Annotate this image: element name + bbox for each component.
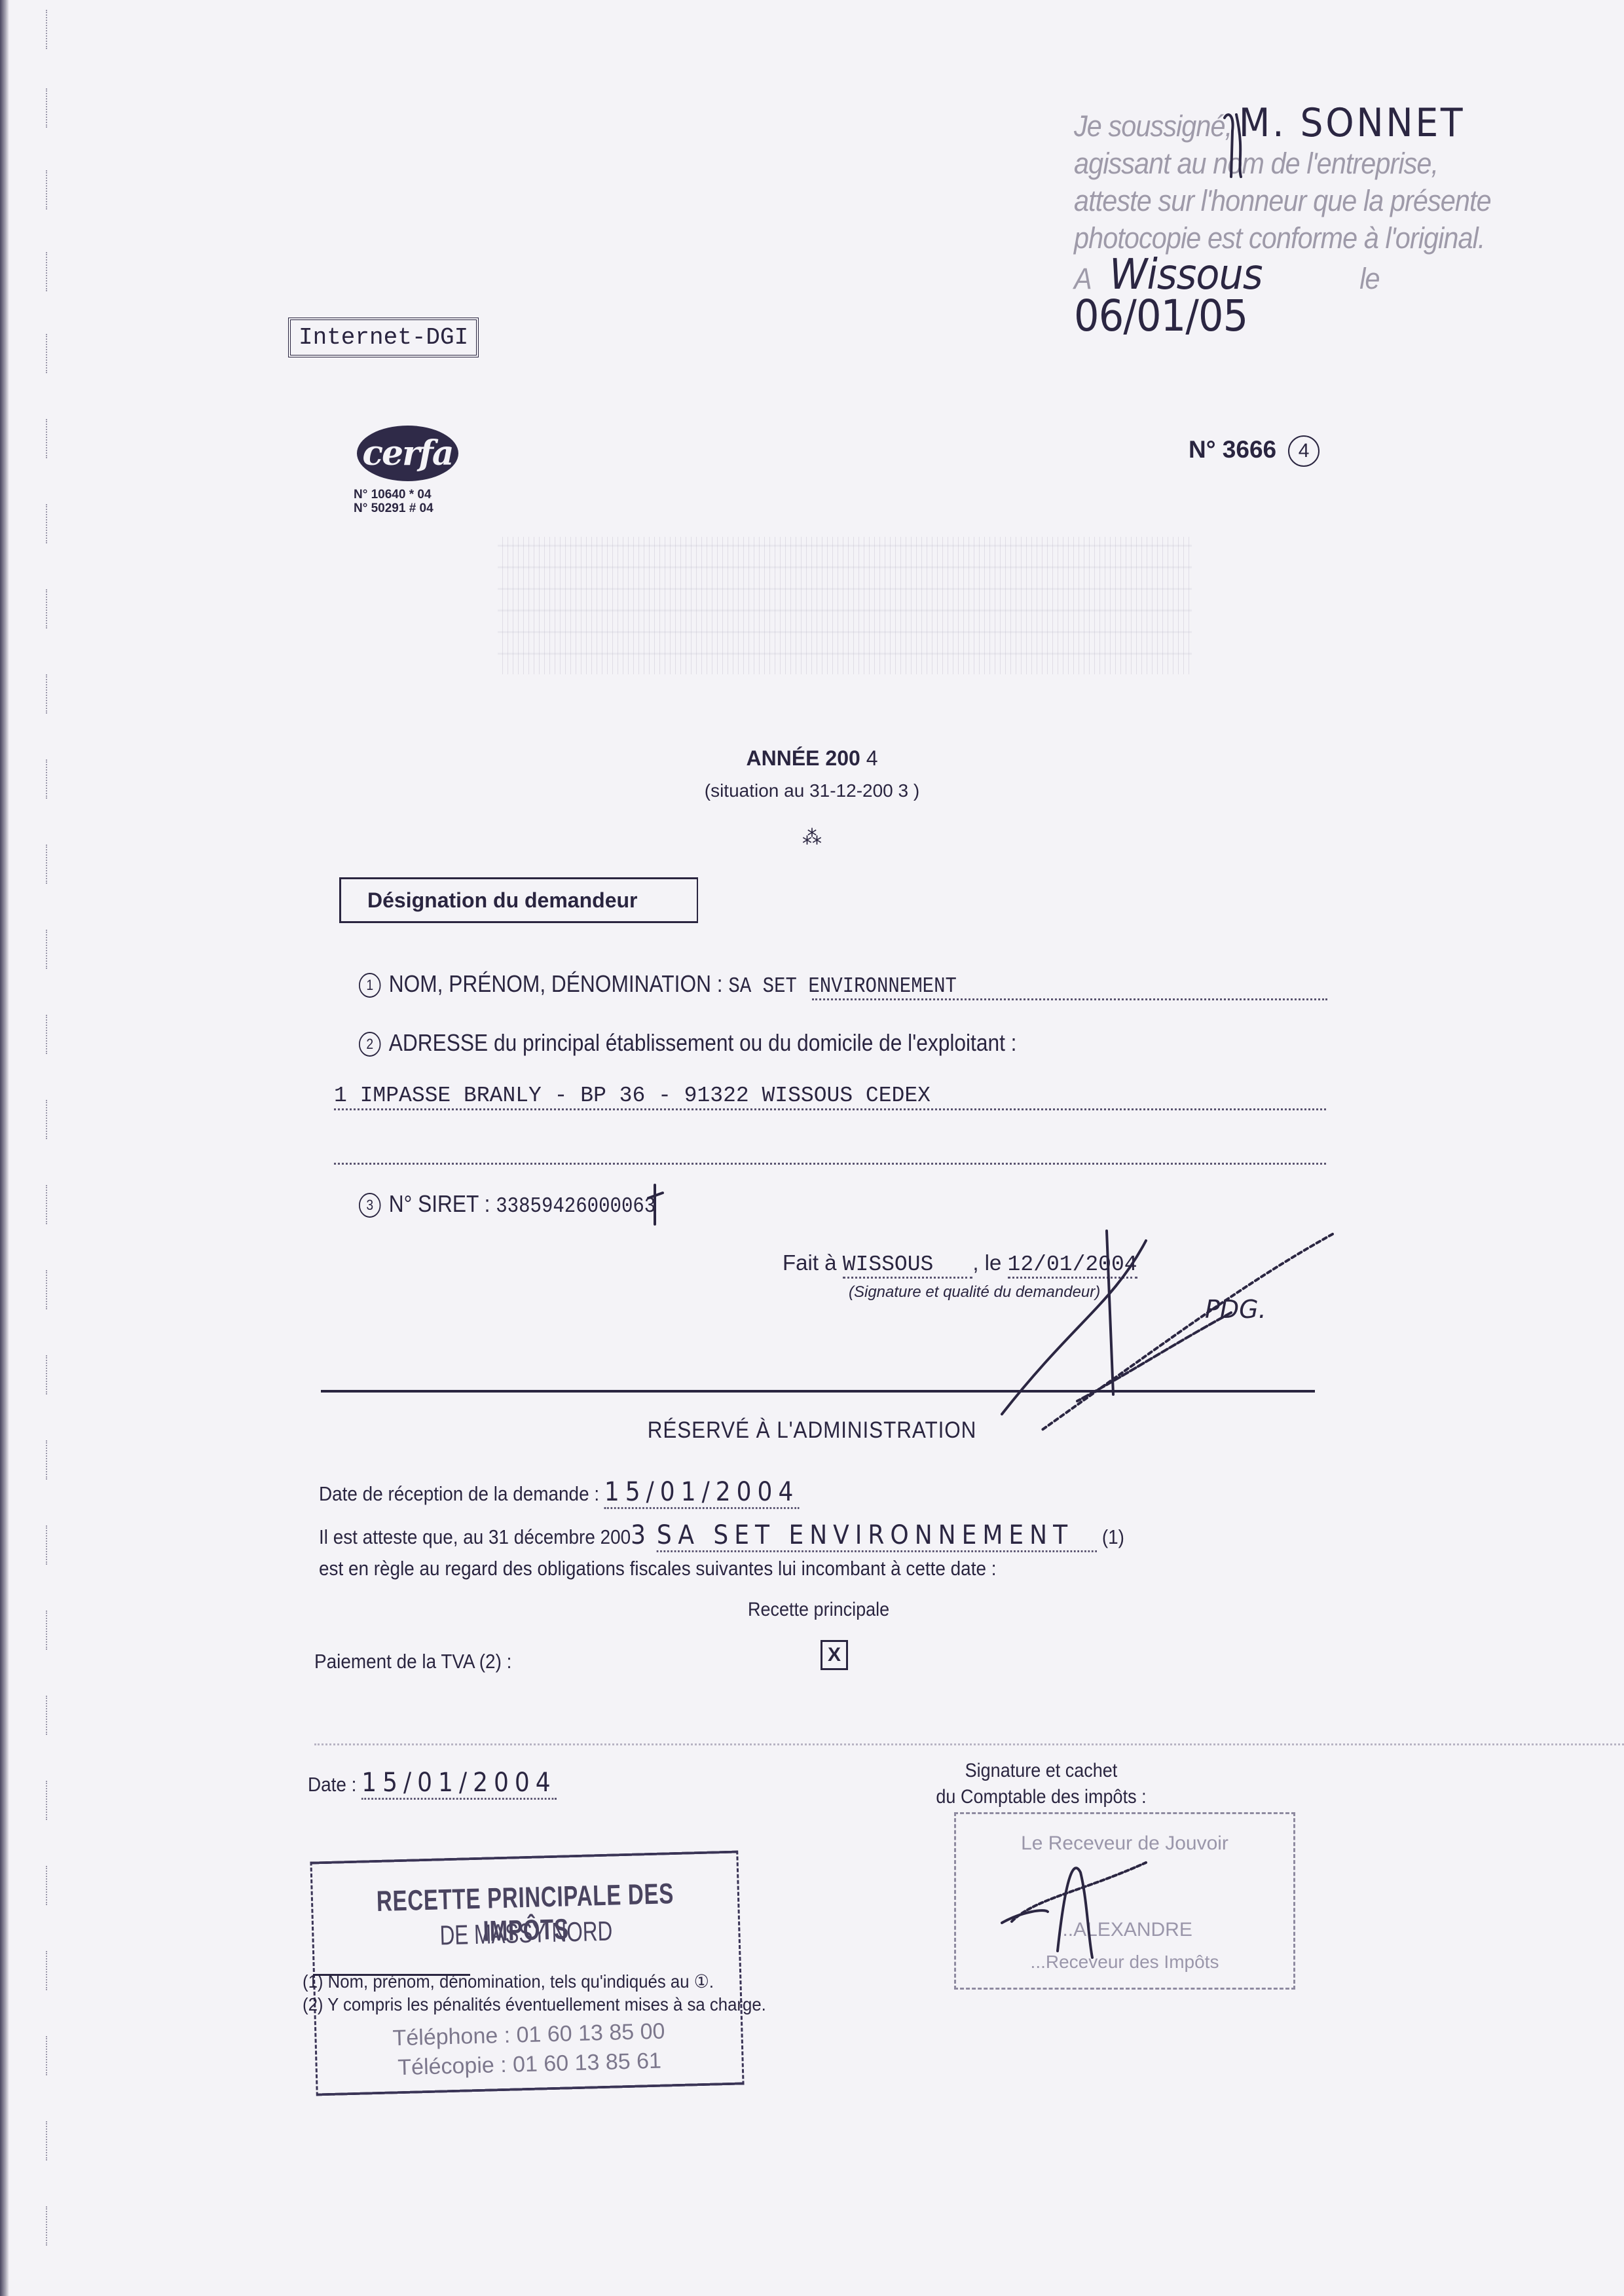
scan-edge [0, 0, 9, 2296]
index-circle: 3 [359, 1193, 380, 1218]
source-label: Internet-DGI [288, 318, 479, 357]
margin-mark [46, 504, 48, 543]
comptable-signature-label: Signature et cachet du Comptable des imp… [917, 1758, 1165, 1810]
margin-mark [46, 1781, 48, 1820]
signature-label-1: Signature et cachet [917, 1758, 1165, 1784]
admin-section-title: RÉSERVÉ À L'ADMINISTRATION [81, 1417, 1543, 1444]
margin-mark [46, 334, 48, 373]
margin-mark [46, 419, 48, 458]
margin-mark [46, 2036, 48, 2075]
tva-label: Paiement de la TVA (2) : [314, 1650, 511, 1673]
address-label-row: 2ADRESSE du principal établissement ou d… [359, 1029, 1016, 1057]
address-label-bold: ADRESSE [389, 1029, 488, 1056]
address-label: du principal établissement ou du domicil… [488, 1029, 1016, 1056]
cerfa-numbers: N° 10640 * 04 N° 50291 # 04 [354, 488, 434, 515]
name-value[interactable]: SA SET ENVIRONNEMENT [728, 974, 957, 998]
margin-mark [46, 1270, 48, 1309]
form-variant-circle: 4 [1288, 435, 1319, 467]
siret-label: N° SIRET : [389, 1190, 490, 1217]
comptable-stamp-line2: ...ALEXANDRE [956, 1919, 1293, 1941]
year-prefix: ANNÉE 200 [747, 746, 860, 770]
attest-company[interactable]: SA SET ENVIRONNEMENT [657, 1520, 1097, 1552]
reception-label: Date de réception de la demande : [319, 1482, 599, 1505]
admin-date-label: Date : [308, 1773, 356, 1796]
name-field: 1NOM, PRÉNOM, DÉNOMINATION : SA SET ENVI… [359, 970, 957, 998]
made-at-row: Fait à WISSOUS, le 12/01/2004 [783, 1250, 1137, 1277]
year-digit: 4 [866, 746, 878, 770]
admin-date-row: Date : 15/01/2004 [308, 1768, 557, 1798]
section-divider [321, 1390, 1315, 1393]
cert-line3: atteste sur l'honneur que la présente [1074, 182, 1544, 219]
margin-mark [46, 2121, 48, 2160]
applicant-section-title: Désignation du demandeur [339, 877, 698, 923]
siret-field: 3N° SIRET : 33859426000063 [359, 1190, 655, 1218]
address-underline-2 [334, 1163, 1326, 1165]
footnote-2: (2) Y compris les pénalités éventuelleme… [303, 1994, 766, 2015]
margin-mark [46, 1866, 48, 1905]
comptable-stamp-line1: Le Receveur de Jouvoir [956, 1832, 1293, 1855]
margin-mark [46, 1525, 48, 1565]
margin-mark [46, 1355, 48, 1394]
year-title: ANNÉE 200 4 [0, 746, 1624, 771]
made-at-label: Fait à [783, 1250, 837, 1275]
reception-value[interactable]: 15/01/2004 [604, 1477, 799, 1509]
date-label: , le [972, 1250, 1001, 1275]
cert-signatory: M. SONNET [1239, 100, 1466, 146]
situation-suffix: ) [908, 780, 919, 801]
index-circle: 2 [359, 1032, 380, 1057]
form-number: N° 36664 [1189, 435, 1319, 467]
margin-mark [46, 589, 48, 629]
cert-date: 06/01/05 [1074, 291, 1247, 341]
form-number-text: N° 3666 [1189, 436, 1276, 463]
attest-row: Il est atteste que, au 31 décembre 2003 … [319, 1520, 1124, 1550]
tva-checkbox[interactable]: X [821, 1640, 848, 1670]
attest-line2: est en règle au regard des obligations f… [319, 1557, 996, 1580]
cerfa-number: N° 10640 * 04 [354, 488, 434, 501]
margin-mark [46, 930, 48, 969]
asterism-separator-icon: ⁂ [0, 826, 1624, 849]
cerfa-logo: cerfa [357, 426, 458, 481]
margin-mark [46, 2206, 48, 2246]
margin-mark [46, 1185, 48, 1224]
address-underline [334, 1108, 1326, 1110]
reception-row: Date de réception de la demande : 15/01/… [319, 1477, 799, 1507]
margin-mark [46, 170, 48, 210]
comptable-stamp-line3: ...Receveur des Impôts [956, 1952, 1293, 1973]
margin-mark [46, 88, 48, 128]
column-header-recette: Recette principale [748, 1599, 889, 1621]
margin-mark [46, 1015, 48, 1054]
cerfa-number: N° 50291 # 04 [354, 501, 434, 515]
margin-mark [46, 252, 48, 291]
margin-mark [46, 10, 48, 49]
margin-mark [46, 1100, 48, 1139]
admin-date-value[interactable]: 15/01/2004 [361, 1768, 556, 1800]
comptable-stamp: Le Receveur de Jouvoir ...ALEXANDRE ...R… [954, 1812, 1295, 1990]
situation-date: (situation au 31-12-200 3 ) [0, 780, 1624, 801]
cert-line1: Je soussigné, [1074, 109, 1232, 143]
margin-mark [46, 1696, 48, 1735]
margin-mark [46, 1440, 48, 1480]
signature-caption: (Signature et qualité du demandeur) [849, 1283, 1100, 1302]
faded-illegible-header [498, 537, 1192, 674]
name-underline [812, 998, 1327, 1000]
margin-mark [46, 1611, 48, 1650]
attest-prefix: Il est atteste que, au 31 décembre 200 [319, 1525, 631, 1548]
margin-mark [46, 674, 48, 714]
attest-year-digit[interactable]: 3 [631, 1520, 652, 1550]
signature-label-2: du Comptable des impôts : [917, 1784, 1165, 1810]
handwritten-signatures [0, 0, 1624, 2296]
address-value[interactable]: 1 IMPASSE BRANLY - BP 36 - 91322 WISSOUS… [334, 1084, 931, 1108]
margin-mark [46, 845, 48, 884]
applicant-date-value[interactable]: 12/01/2004 [1008, 1252, 1137, 1279]
index-circle: 1 [359, 973, 380, 998]
made-at-value[interactable]: WISSOUS [843, 1252, 973, 1279]
attest-note: (1) [1102, 1525, 1124, 1548]
dotted-separator [314, 1743, 1624, 1745]
signatory-title: PDG. [1205, 1295, 1266, 1324]
situation-digit: 3 [898, 780, 909, 801]
certification-stamp: Je soussigné, M. SONNET agissant au nom … [1074, 105, 1544, 339]
siret-value[interactable]: 33859426000063 [496, 1194, 655, 1218]
name-label: NOM, PRÉNOM, DÉNOMINATION : [389, 970, 723, 997]
cert-line2: agissant au nom de l'entreprise, [1074, 145, 1544, 182]
footnote-1: (1) Nom, prénom, dénomination, tels qu'i… [303, 1971, 714, 1992]
situation-prefix: (situation au 31-12-200 [705, 780, 893, 801]
cert-date-prefix: le [1359, 262, 1379, 295]
margin-mark [46, 1951, 48, 1990]
